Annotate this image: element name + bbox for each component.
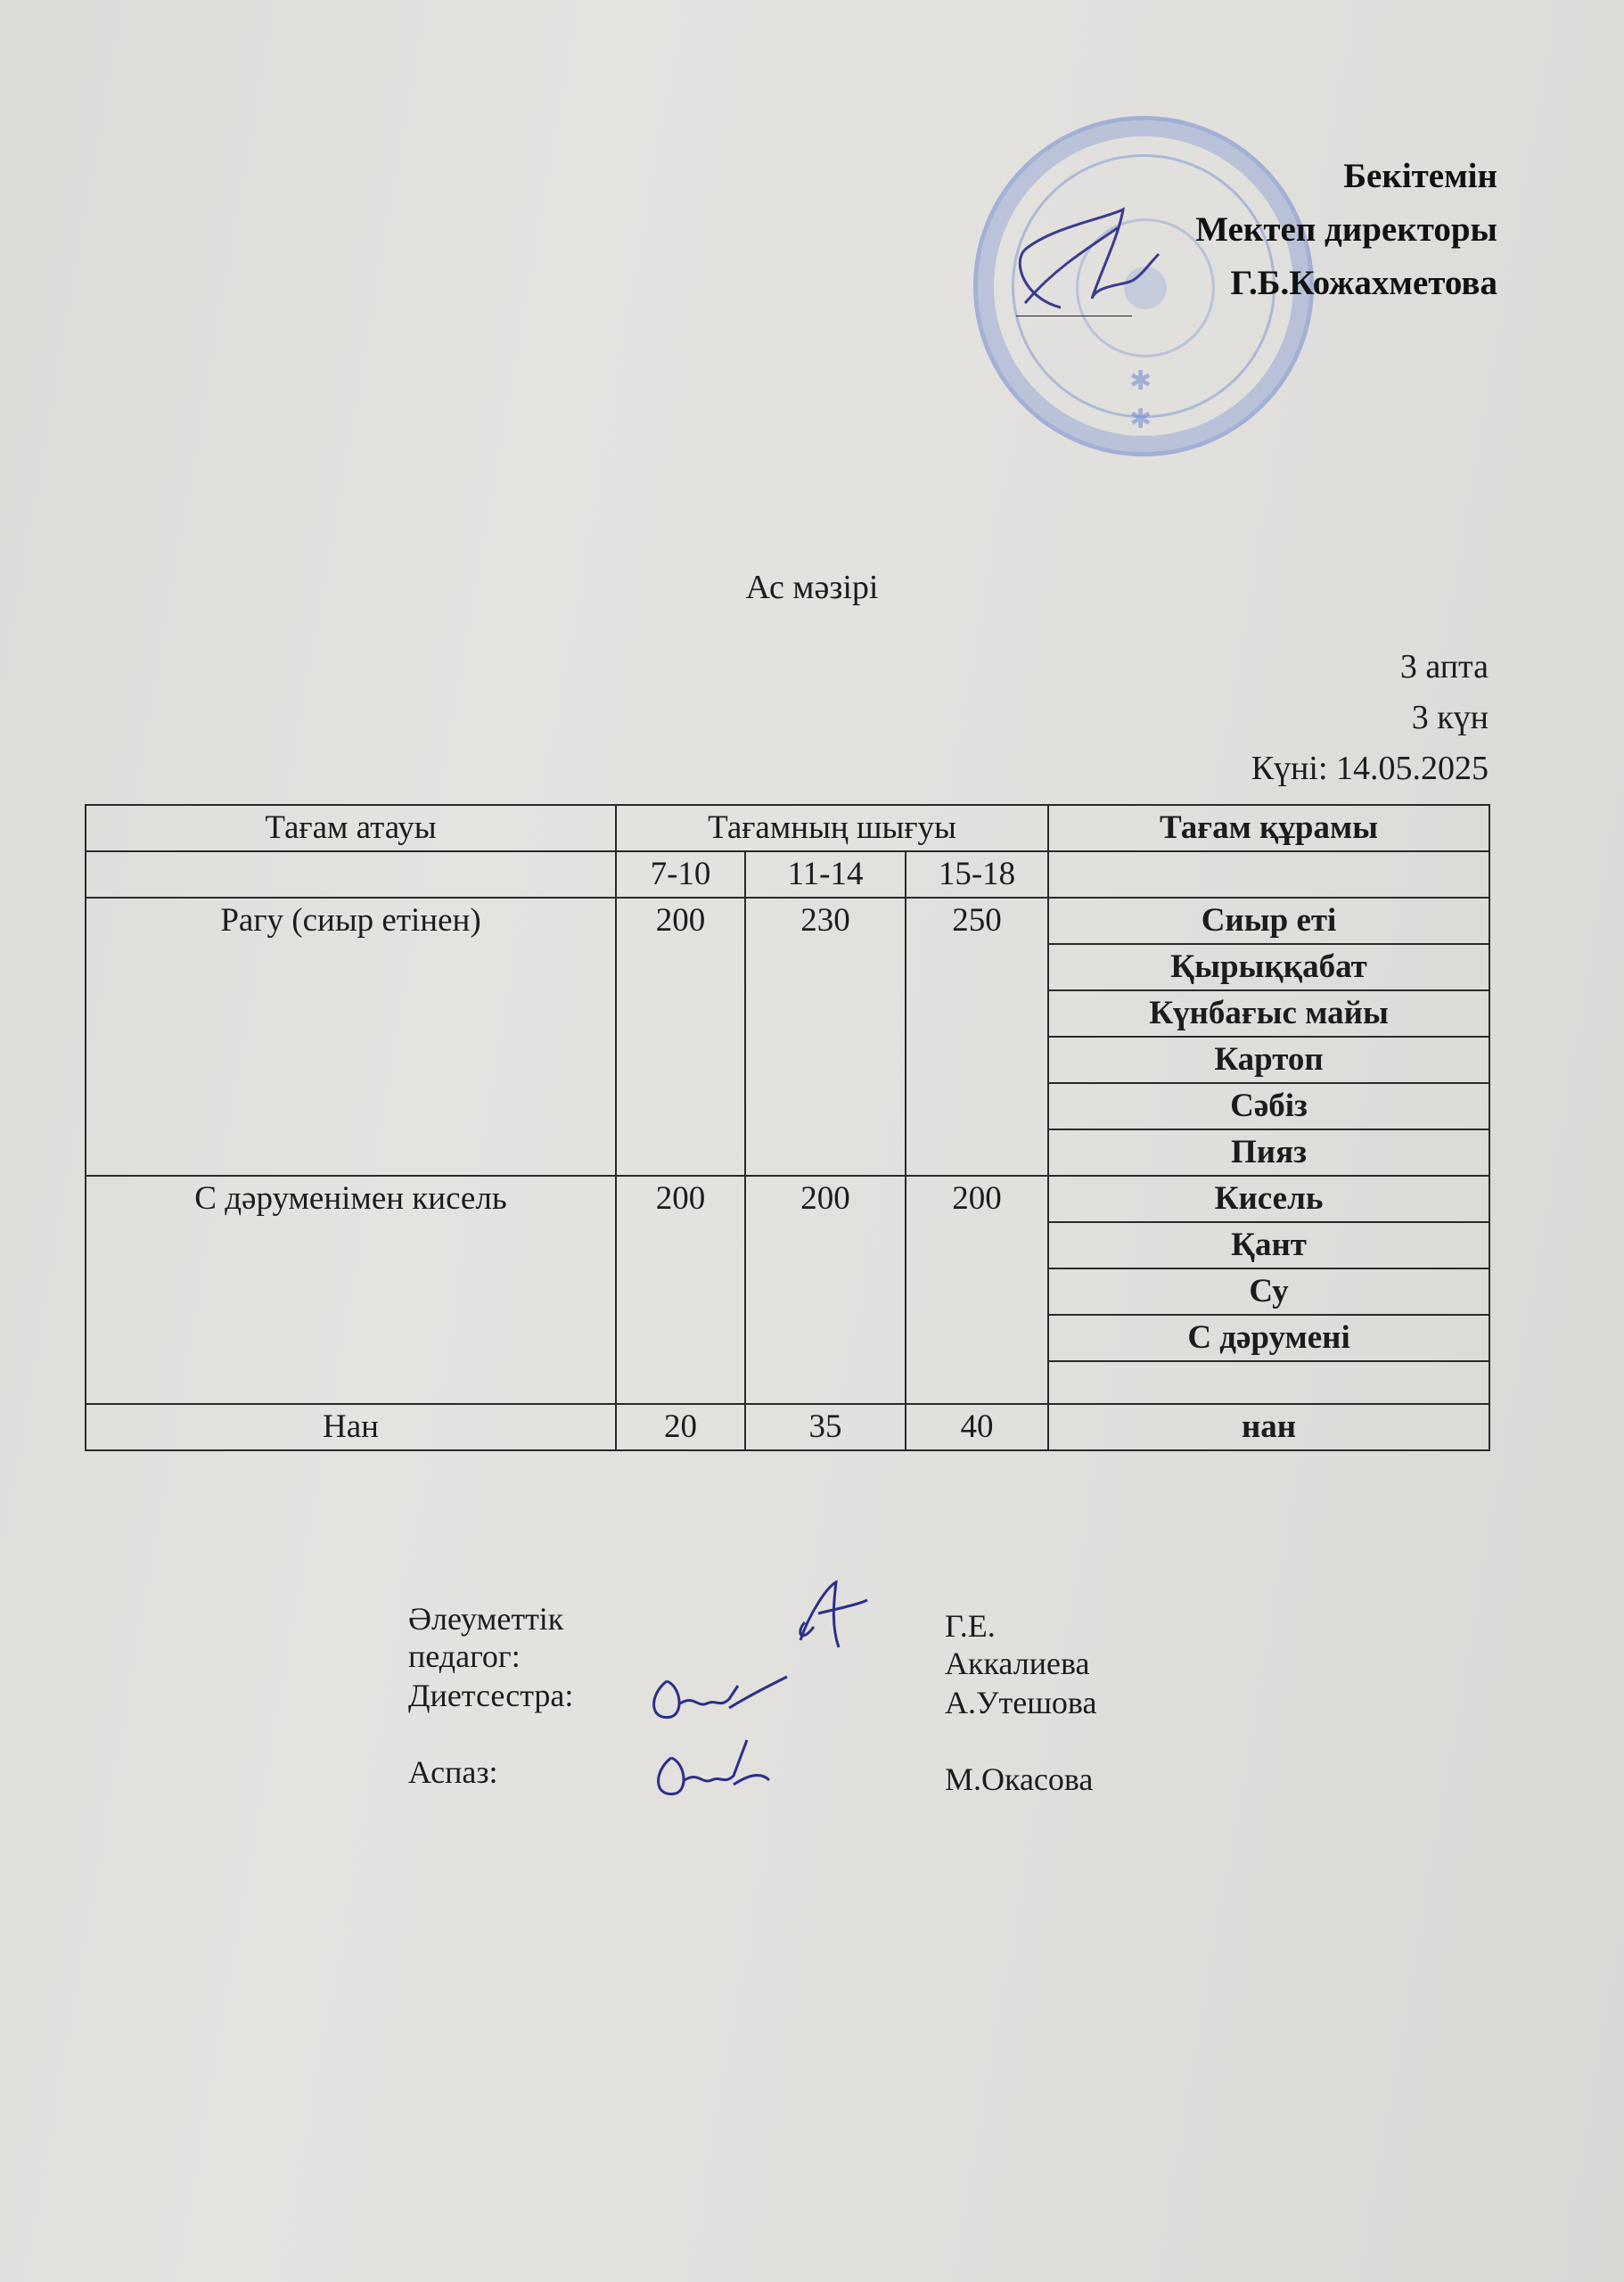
header-dish-name: Тағам атауы bbox=[86, 805, 616, 851]
approval-name: Г.Б.Кожахметова bbox=[1195, 257, 1497, 310]
menu-table: Тағам атауы Тағамның шығуы Тағам құрамы … bbox=[85, 804, 1490, 1451]
dish-name: Рагу (сиыр етінен) bbox=[86, 898, 616, 1176]
dish-name: С дәруменімен кисель bbox=[86, 1176, 616, 1404]
portion-value: 20 bbox=[616, 1404, 745, 1450]
week-label: 3 апта bbox=[1251, 642, 1489, 693]
signoff-role: Әлеуметтік педагог: bbox=[408, 1600, 563, 1675]
signature-icon bbox=[649, 1731, 783, 1802]
ingredient: Сәбіз bbox=[1048, 1083, 1489, 1129]
subheader-empty bbox=[86, 851, 616, 898]
table-row: С дәруменімен кисель 200 200 200 Кисель bbox=[86, 1176, 1489, 1222]
ingredient bbox=[1048, 1361, 1489, 1404]
stamp-star-icon: ✱ bbox=[1129, 365, 1152, 397]
portion-value: 230 bbox=[745, 898, 906, 1176]
ingredient: Қант bbox=[1048, 1222, 1489, 1268]
portion-value: 250 bbox=[906, 898, 1048, 1176]
signoff-name: А.Утешова bbox=[945, 1684, 1096, 1721]
document-page: ✱ ✱ Бекітемін Мектеп директоры Г.Б.Кожах… bbox=[0, 0, 1624, 2282]
page-title: Ас мәзірі bbox=[0, 568, 1624, 607]
table-row: Рагу (сиыр етінен) 200 230 250 Сиыр еті bbox=[86, 898, 1489, 944]
age-group-header: 7-10 bbox=[616, 851, 745, 898]
table-header-row: Тағам атауы Тағамның шығуы Тағам құрамы bbox=[86, 805, 1489, 851]
approval-title: Бекітемін bbox=[1195, 150, 1497, 203]
ingredient: Пияз bbox=[1048, 1129, 1489, 1176]
age-group-header: 15-18 bbox=[906, 851, 1048, 898]
date-label: Күні: 14.05.2025 bbox=[1251, 743, 1489, 794]
age-group-header: 11-14 bbox=[745, 851, 906, 898]
ingredient: Сиыр еті bbox=[1048, 898, 1489, 944]
ingredient: Картоп bbox=[1048, 1037, 1489, 1083]
dish-name: Нан bbox=[86, 1404, 616, 1450]
ingredient: Су bbox=[1048, 1268, 1489, 1315]
menu-meta: 3 апта 3 күн Күні: 14.05.2025 bbox=[1251, 642, 1489, 794]
ingredient: нан bbox=[1048, 1404, 1489, 1450]
portion-value: 40 bbox=[906, 1404, 1048, 1450]
signoff-role: Диетсестра: bbox=[408, 1677, 573, 1714]
stamp-star-icon: ✱ bbox=[1129, 404, 1152, 435]
portion-value: 200 bbox=[745, 1176, 906, 1404]
portion-value: 200 bbox=[616, 898, 745, 1176]
signature-icon bbox=[787, 1578, 876, 1649]
signoff-name: М.Окасова bbox=[945, 1761, 1093, 1798]
header-composition: Тағам құрамы bbox=[1048, 805, 1489, 851]
day-label: 3 күн bbox=[1251, 693, 1489, 743]
signature-icon bbox=[644, 1668, 796, 1730]
approval-block: Бекітемін Мектеп директоры Г.Б.Кожахмето… bbox=[1195, 150, 1497, 310]
portion-value: 200 bbox=[906, 1176, 1048, 1404]
director-signature-icon bbox=[1007, 201, 1185, 316]
header-output: Тағамның шығуы bbox=[616, 805, 1048, 851]
signoff-role: Аспаз: bbox=[408, 1753, 498, 1791]
table-row: Нан 20 35 40 нан bbox=[86, 1404, 1489, 1450]
ingredient: Күнбағыс майы bbox=[1048, 990, 1489, 1037]
subheader-empty bbox=[1048, 851, 1489, 898]
table-subheader-row: 7-10 11-14 15-18 bbox=[86, 851, 1489, 898]
signoff-name: Г.Е. Аккалиева bbox=[945, 1607, 1089, 1682]
portion-value: 35 bbox=[745, 1404, 906, 1450]
approval-position: Мектеп директоры bbox=[1195, 203, 1497, 257]
ingredient: С дәрумені bbox=[1048, 1315, 1489, 1361]
ingredient: Кисель bbox=[1048, 1176, 1489, 1222]
portion-value: 200 bbox=[616, 1176, 745, 1404]
ingredient: Қырыққабат bbox=[1048, 944, 1489, 990]
